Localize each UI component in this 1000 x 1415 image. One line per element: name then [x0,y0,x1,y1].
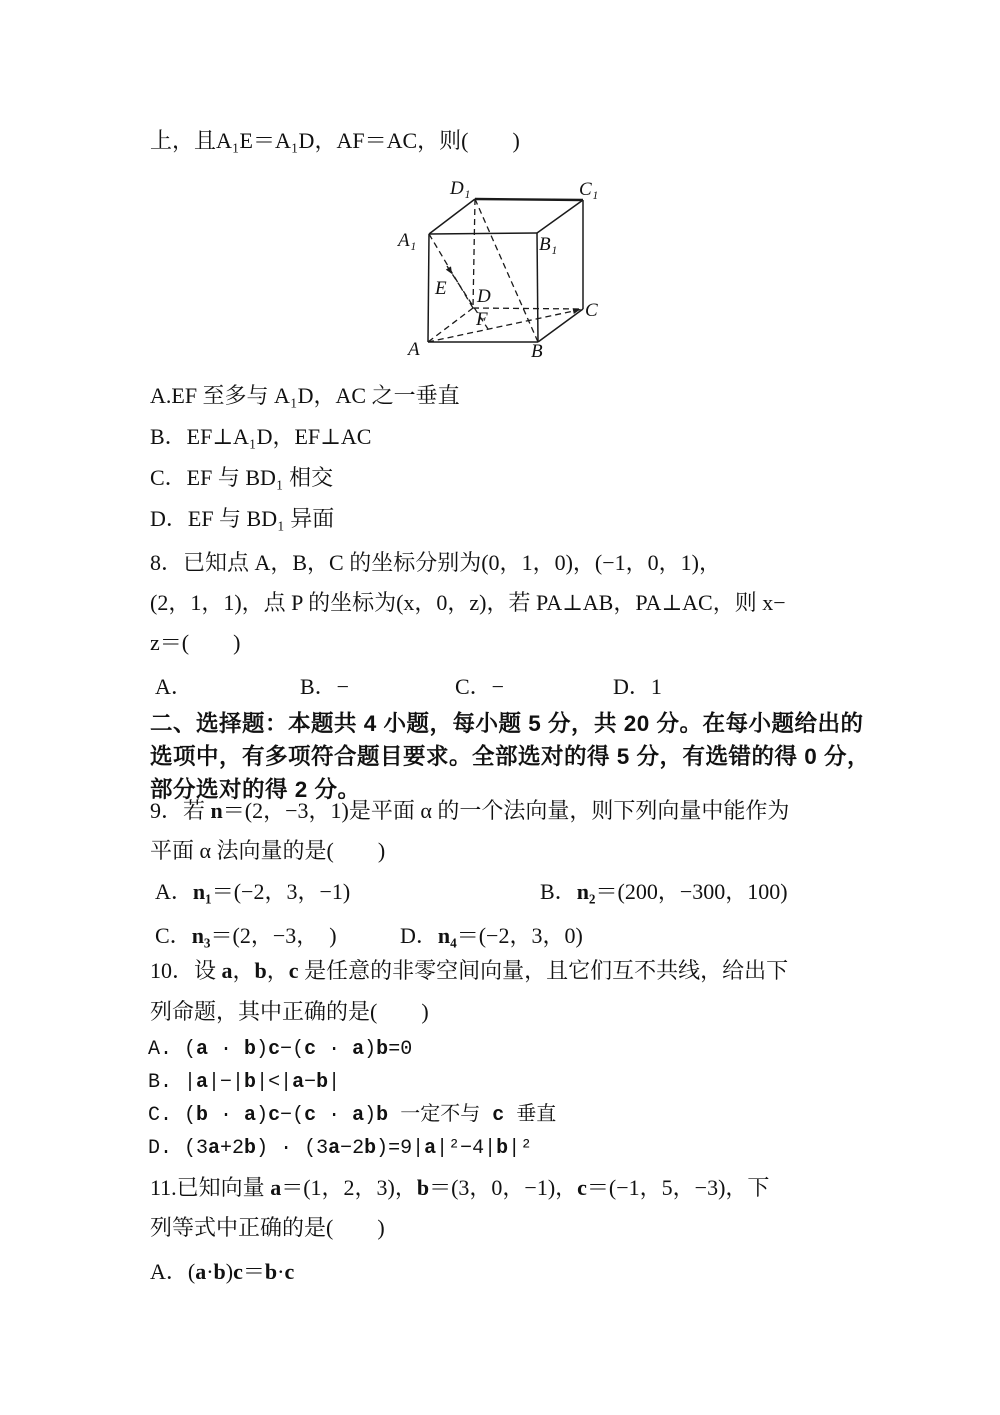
q9-option-c: C．n₃＝(2，−3， ) [155,919,337,950]
q9-option-d: D．n₄＝(−2，3，0) [400,919,583,950]
label-A1: A₁ [396,230,416,251]
q9-option-b: B．n₂＝(200，−300，100) [540,875,788,906]
q9-option-a: A．n₁＝(−2，3，−1) [155,875,350,906]
label-B1: B₁ [539,234,557,255]
q10-option-b: B. |a|−|b|<|a−b| [148,1070,340,1096]
label-F: F [475,309,488,330]
q8-option-c: C．− [455,670,504,701]
label-C1: C₁ [579,179,598,200]
q7-option-d: D．EF 与 BD₁ 异面 [150,506,334,532]
q10-option-a: A. (a · b)c−(c · a)b=0 [148,1037,412,1063]
direction-arrowheads [446,266,580,314]
q11-stem-line1: 11.已知向量 a＝(1，2，3)，b＝(3，0，−1)，c＝(−1，5，−3)… [150,1175,769,1201]
q8-option-b: B．− [300,670,349,701]
vertex-labels: D₁ C₁ A₁ B₁ E D F A B C [396,178,598,362]
q8-option-d: D．1 [613,670,662,701]
q10-option-d: D. (3a+2b) · (3a−2b)=9|a|²−4|b|² [148,1136,532,1162]
label-D: D [476,286,491,307]
q7-option-b: B．EF⊥A₁D，EF⊥AC [150,424,371,450]
label-A: A [406,339,420,360]
label-B: B [531,341,543,362]
q7-option-a: A.EF 至多与 A₁D，AC 之一垂直 [150,383,460,409]
exam-page: 上，且A₁E＝A₁D，AF＝AC，则( ) [0,0,1000,1415]
q7-option-c: C．EF 与 BD₁ 相交 [150,465,333,491]
label-D1: D₁ [449,178,470,199]
q8-option-a: A． [155,670,193,701]
label-E: E [434,278,447,299]
section2-header-line1: 二、选择题：本题共 4 小题，每小题 5 分，共 20 分。在每小题给出的 [150,711,864,737]
q8-stem-line2: (2，1，1)，点 P 的坐标为(x，0，z)，若 PA⊥AB，PA⊥AC，则 … [150,590,786,616]
label-C: C [585,300,598,321]
q10-option-c: C. (b · a)c−(c · a)b 一定不与 c 垂直 [148,1103,556,1129]
q8-stem-line3: z＝( ) [150,630,240,656]
cube-svg: D₁ C₁ A₁ B₁ E D F A B C [392,170,622,370]
q9-stem-line2: 平面 α 法向量的是( ) [150,838,385,864]
q9-stem-line1: 9．若 n＝(2，−3，1)是平面 α 的一个法向量，则下列向量中能作为 [150,798,789,824]
q10-stem-line1: 10．设 a，b，c 是任意的非零空间向量，且它们互不共线，给出下 [150,958,788,984]
cube-figure: D₁ C₁ A₁ B₁ E D F A B C [392,170,622,370]
q11-stem-line2: 列等式中正确的是( ) [150,1215,385,1241]
q10-stem-line2: 列命题，其中正确的是( ) [150,999,429,1025]
section2-header-line2: 选项中，有多项符合题目要求。全部选对的得 5 分，有选错的得 0 分， [150,744,870,770]
q11-option-a: A．(a·b)c＝b·c [150,1259,294,1285]
q8-stem-line1: 8．已知点 A，B，C 的坐标分别为(0，1，0)，(−1，0，1)， [150,550,721,576]
q7-stem: 上，且A₁E＝A₁D，AF＝AC，则( ) [150,128,520,154]
